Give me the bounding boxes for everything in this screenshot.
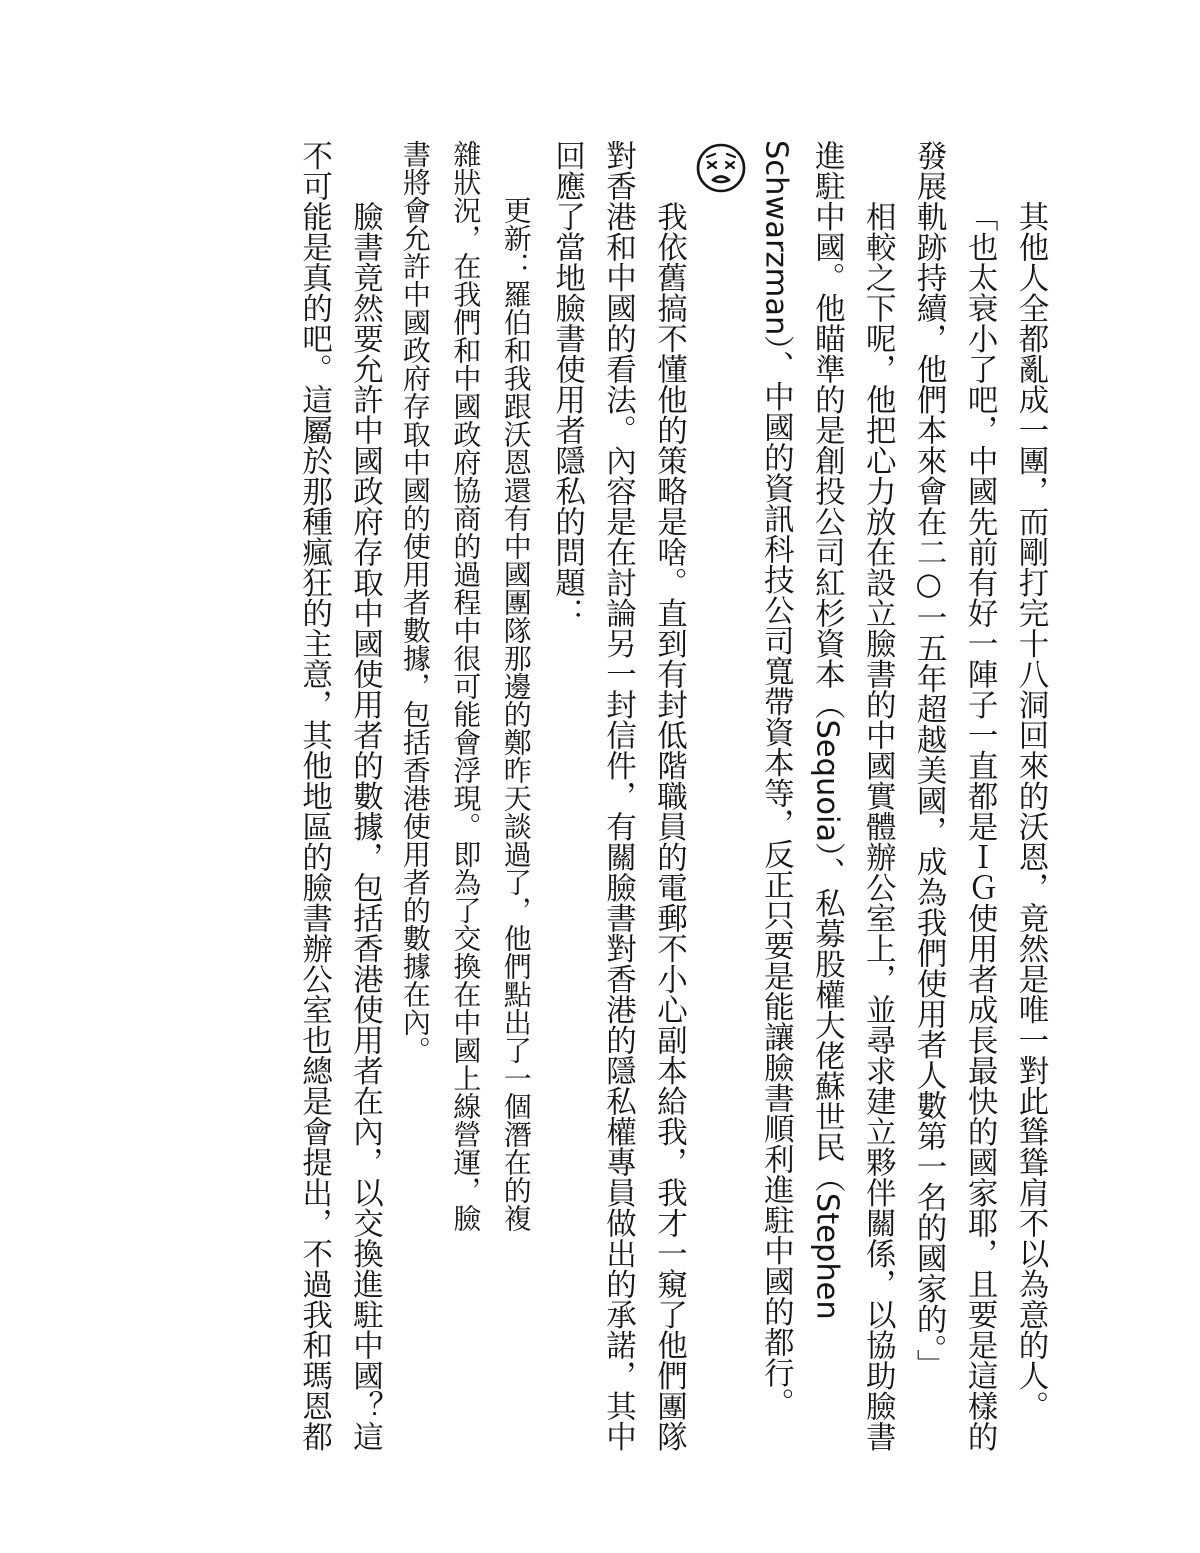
- body-paragraph-3: 相較之下呢，他把心力放在設立臉書的中國實體辦公室上，並尋求建立夥伴關係，以協助臉…: [749, 140, 902, 1456]
- email-quote-paragraph: 更新：羅伯和我跟沃恩還有中國團隊那邊的鄭昨天談過了，他們點出了一個潛在的複雜狀況…: [390, 140, 541, 1250]
- body-paragraph-5: 臉書竟然要允許中國政府存取中國使用者的數據，包括香港使用者在內，以交換進駐中國？…: [288, 140, 390, 1456]
- body-paragraph-4: 我依舊搞不懂他的策略是啥。直到有封低階職員的電郵不小心副本給我，我才一窺了他們團…: [541, 140, 694, 1456]
- persevering-face-emoji-icon: [704, 140, 739, 196]
- body-paragraph-2: 「也太衰小了吧，中國先前有好一陣子一直都是ＩＧ使用者成長最快的國家耶，且要是這樣…: [902, 140, 1004, 1456]
- body-paragraph-1: 其他人全都亂成一團，而剛打完十八洞回來的沃恩，竟然是唯一對此聳聳肩不以為意的人。: [1004, 140, 1055, 1456]
- book-page: 其他人全都亂成一團，而剛打完十八洞回來的沃恩，竟然是唯一對此聳聳肩不以為意的人。…: [0, 0, 1200, 1553]
- vertical-text-content: 其他人全都亂成一團，而剛打完十八洞回來的沃恩，竟然是唯一對此聳聳肩不以為意的人。…: [288, 140, 1055, 1456]
- emoji-paragraph: [693, 140, 749, 1456]
